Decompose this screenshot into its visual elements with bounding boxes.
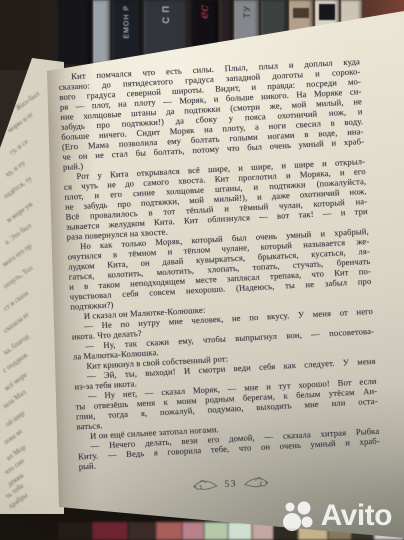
left-page-text-fragment: падётся, ту [2, 175, 33, 201]
left-page-text-fragment: ст и сказа [2, 289, 30, 312]
page-ornament-left-icon [191, 478, 218, 492]
left-page-text-fragment: Жил-был [14, 90, 41, 113]
left-page-text-fragment: отнуть, Тол [2, 264, 34, 291]
background-book-edge [128, 522, 156, 540]
book-spine [56, 0, 91, 64]
background-book-edge [58, 522, 92, 540]
background-book-edge [204, 522, 228, 540]
left-page-text-fragment: морю и ег [6, 110, 35, 134]
paragraphs: Кит помчался что есть силы. Плыл, плыл и… [58, 56, 381, 471]
page-number: 53 [224, 479, 237, 490]
paragraph: Кит помчался что есть силы. Плыл, плыл и… [58, 56, 365, 172]
left-page-text-fragment: ку, и пу [4, 159, 27, 179]
page-ornament-right-icon [244, 475, 271, 489]
background-book-edge [156, 522, 182, 540]
avito-logo-icon [283, 501, 316, 532]
spine-title: ЕМОН Р [124, 5, 131, 39]
left-page-text-fragment: зала Мал [1, 388, 28, 410]
left-page-text-fragment: всё море [3, 371, 29, 393]
spine-label-box [319, 4, 335, 20]
book-spine: ЕМОН Р [112, 0, 142, 64]
spine-title: ес [197, 5, 211, 19]
background-book-edge [182, 522, 204, 540]
spine-title: С П [161, 5, 171, 23]
left-page-text-fragment: ой шир [4, 409, 26, 428]
background-book-edge [92, 522, 128, 540]
avito-watermark: Avito [283, 499, 392, 533]
left-page-text-fragment: гу, и се [8, 138, 30, 157]
left-page-text-fragment: сказала ег [2, 310, 31, 334]
spine-title: ТУ [242, 5, 252, 18]
background-book-edge [228, 522, 252, 540]
page-text: Кит помчался что есть силы. Плыл, плыл и… [58, 56, 382, 498]
spine-label-box [293, 8, 309, 18]
book-spine [93, 0, 110, 64]
left-page-text-fragment: м море ум [5, 200, 34, 224]
avito-brand-text: Avito [321, 499, 392, 533]
photo-open-book: ЕМОН РС ПесТУ Жил-былморю и еггу, и секу… [0, 0, 404, 540]
